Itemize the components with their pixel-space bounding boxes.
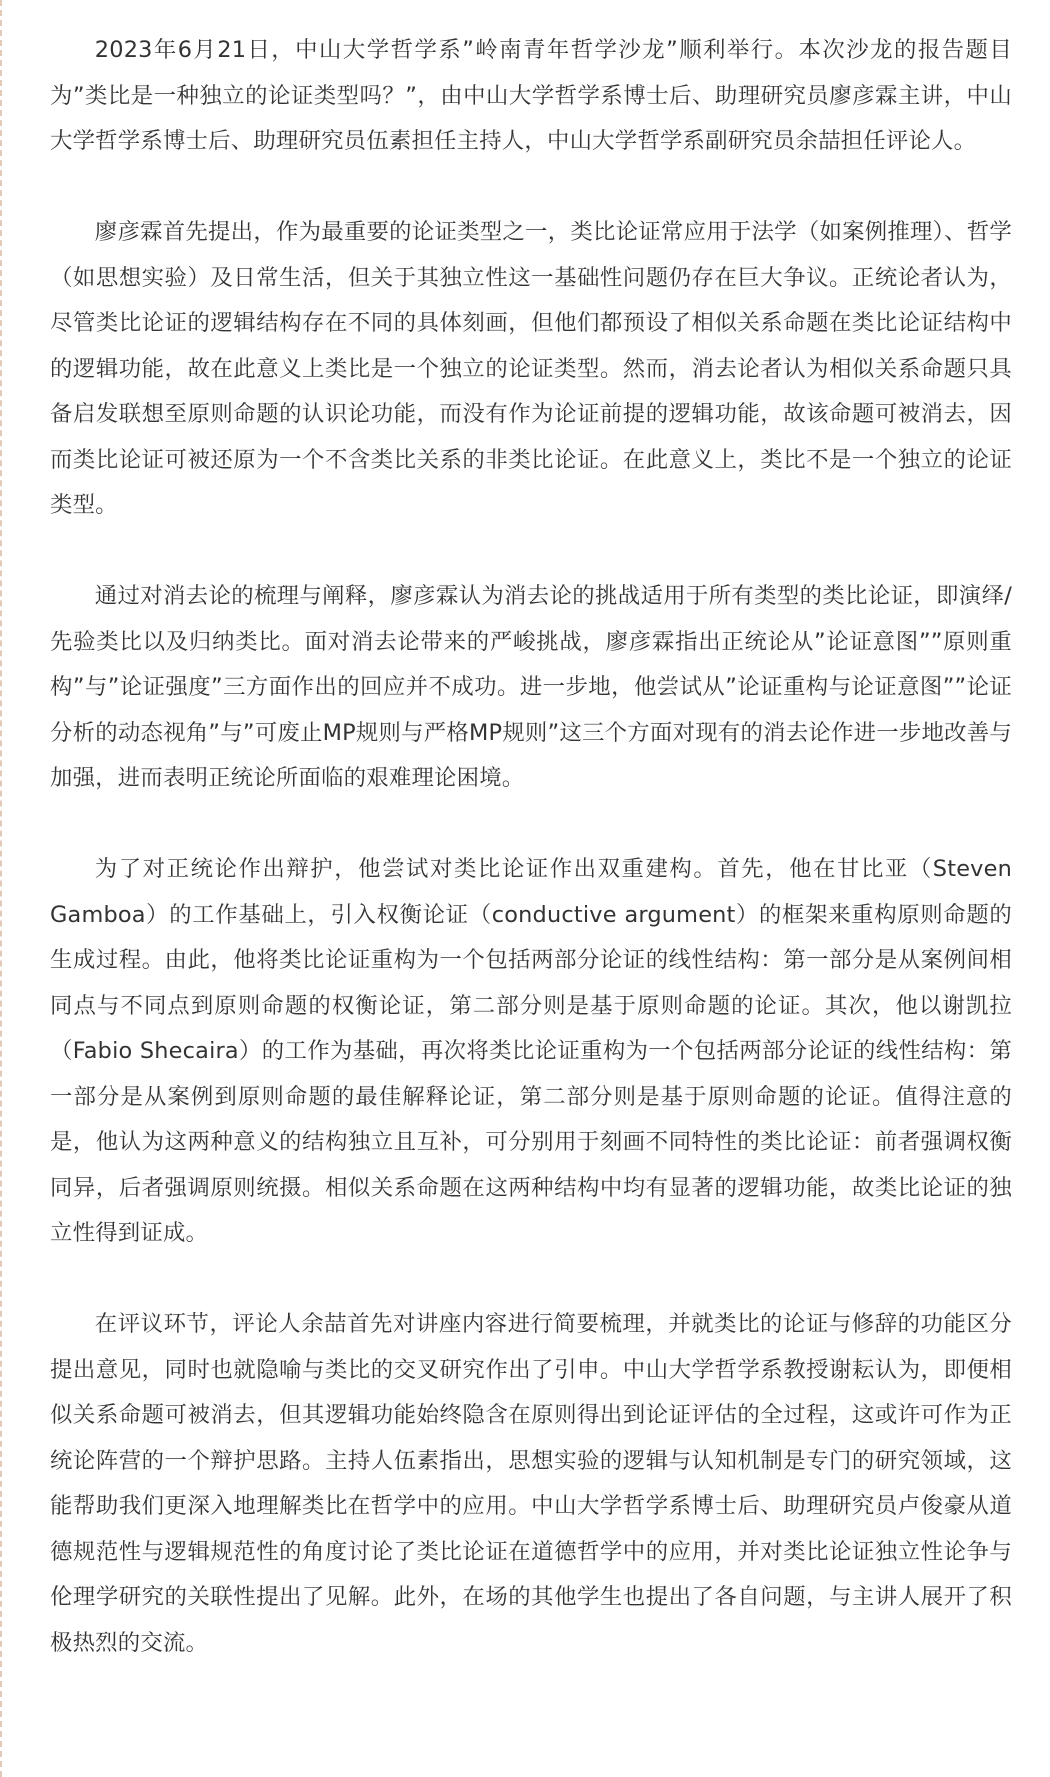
paragraph-eliminativism-analysis: 通过对消去论的梳理与阐释，廖彦霖认为消去论的挑战适用于所有类型的类比论证，即演绎… xyxy=(50,574,1012,802)
paragraph-dual-reconstruction: 为了对正统论作出辩护，他尝试对类比论证作出双重建构。首先，他在甘比亚（Steve… xyxy=(50,847,1012,1257)
paragraph-debate-background: 廖彦霖首先提出，作为最重要的论证类型之一，类比论证常应用于法学（如案例推理）、哲… xyxy=(50,210,1012,529)
page-left-border xyxy=(0,0,2,1777)
paragraph-commentary-discussion: 在评议环节，评论人余喆首先对讲座内容进行简要梳理，并就类比的论证与修辞的功能区分… xyxy=(50,1302,1012,1666)
paragraph-event-intro: 2023年6月21日，中山大学哲学系”岭南青年哲学沙龙”顺利举行。本次沙龙的报告… xyxy=(50,28,1012,165)
article-body: 2023年6月21日，中山大学哲学系”岭南青年哲学沙龙”顺利举行。本次沙龙的报告… xyxy=(50,28,1012,1666)
